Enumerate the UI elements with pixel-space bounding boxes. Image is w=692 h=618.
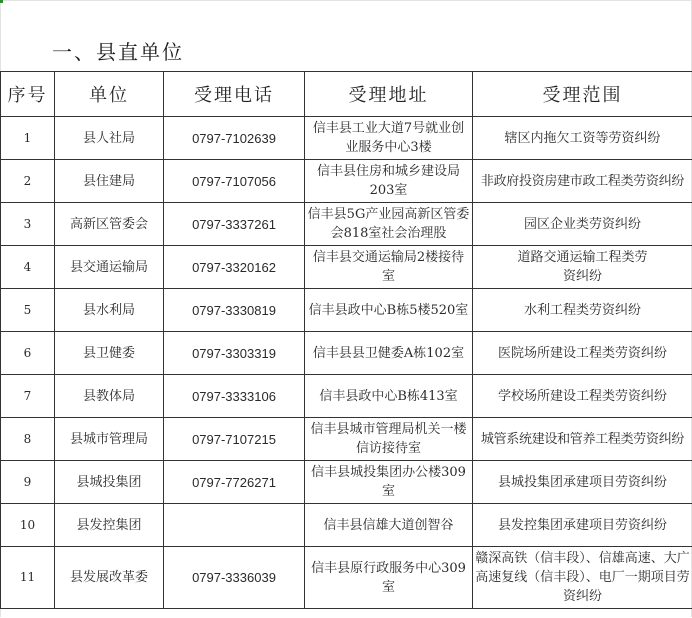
cell-scope: 县城投集团承建项目劳资纠纷 [473, 461, 692, 504]
cell-unit: 县交通运输局 [55, 246, 164, 289]
cell-unit: 高新区管委会 [55, 203, 164, 246]
cell-phone: 0797-3330819 [164, 289, 305, 332]
cell-no: 2 [1, 160, 55, 203]
table-row: 10 县发控集团 信丰县信雄大道创智谷 县发控集团承建项目劳资纠纷 [1, 504, 692, 547]
cell-scope: 医院场所建设工程类劳资纠纷 [473, 332, 692, 375]
cell-no: 10 [1, 504, 55, 547]
cell-scope: 辖区内拖欠工资等劳资纠纷 [473, 117, 692, 160]
table-row: 1 县人社局 0797-7102639 信丰县工业大道7号就业创业服务中心3楼 … [1, 117, 692, 160]
header-no: 序号 [1, 72, 55, 117]
cell-address: 信丰县工业大道7号就业创业服务中心3楼 [305, 117, 473, 160]
cell-phone: 0797-3320162 [164, 246, 305, 289]
cell-no: 7 [1, 375, 55, 418]
table-row: 3 高新区管委会 0797-3337261 信丰县5G产业园高新区管委会818室… [1, 203, 692, 246]
cell-unit: 县水利局 [55, 289, 164, 332]
header-unit: 单位 [55, 72, 164, 117]
cell-scope: 园区企业类劳资纠纷 [473, 203, 692, 246]
cell-scope: 非政府投资房建市政工程类劳资纠纷 [473, 160, 692, 203]
cell-unit: 县教体局 [55, 375, 164, 418]
cell-unit: 县发控集团 [55, 504, 164, 547]
table-row: 5 县水利局 0797-3330819 信丰县政中心B栋5楼520室 水利工程类… [1, 289, 692, 332]
cell-phone: 0797-3303319 [164, 332, 305, 375]
cell-address: 信丰县县卫健委A栋102室 [305, 332, 473, 375]
cell-no: 5 [1, 289, 55, 332]
cell-no: 3 [1, 203, 55, 246]
cell-unit: 县城市管理局 [55, 418, 164, 461]
cell-scope: 学校场所建设工程类劳资纠纷 [473, 375, 692, 418]
cell-unit: 县住建局 [55, 160, 164, 203]
cell-address: 信丰县交通运输局2楼接待室 [305, 246, 473, 289]
table-row: 7 县教体局 0797-3333106 信丰县政中心B栋413室 学校场所建设工… [1, 375, 692, 418]
cell-no: 11 [1, 547, 55, 609]
cell-scope: 县发控集团承建项目劳资纠纷 [473, 504, 692, 547]
cell-address: 信丰县住房和城乡建设局203室 [305, 160, 473, 203]
cell-phone: 0797-7726271 [164, 461, 305, 504]
cell-address: 信丰县城市管理局机关一楼信访接待室 [305, 418, 473, 461]
cell-phone: 0797-7107215 [164, 418, 305, 461]
cell-phone: 0797-7102639 [164, 117, 305, 160]
cell-no: 4 [1, 246, 55, 289]
cell-phone: 0797-7107056 [164, 160, 305, 203]
cell-unit: 县城投集团 [55, 461, 164, 504]
cell-no: 6 [1, 332, 55, 375]
cell-unit: 县人社局 [55, 117, 164, 160]
cell-address: 信丰县城投集团办公楼309室 [305, 461, 473, 504]
cell-unit: 县发展改革委 [55, 547, 164, 609]
table-header-row: 序号 单位 受理电话 受理地址 受理范围 [1, 72, 692, 117]
cell-address: 信丰县政中心B栋413室 [305, 375, 473, 418]
header-scope: 受理范围 [473, 72, 692, 117]
cell-scope: 城管系统建设和管养工程类劳资纠纷 [473, 418, 692, 461]
cell-scope: 道路交通运输工程类劳资纠纷 [473, 246, 692, 289]
cell-no: 1 [1, 117, 55, 160]
table-row: 2 县住建局 0797-7107056 信丰县住房和城乡建设局203室 非政府投… [1, 160, 692, 203]
cell-phone: 0797-3337261 [164, 203, 305, 246]
table-row: 9 县城投集团 0797-7726271 信丰县城投集团办公楼309室 县城投集… [1, 461, 692, 504]
cell-address: 信丰县信雄大道创智谷 [305, 504, 473, 547]
cell-phone [164, 504, 305, 547]
cell-phone: 0797-3336039 [164, 547, 305, 609]
section-title: 一、县直单位 [52, 36, 184, 65]
header-phone: 受理电话 [164, 72, 305, 117]
cell-address: 信丰县政中心B栋5楼520室 [305, 289, 473, 332]
header-address: 受理地址 [305, 72, 473, 117]
contact-table: 序号 单位 受理电话 受理地址 受理范围 1 县人社局 0797-7102639… [0, 71, 692, 609]
table-row: 4 县交通运输局 0797-3320162 信丰县交通运输局2楼接待室 道路交通… [1, 246, 692, 289]
cell-phone: 0797-3333106 [164, 375, 305, 418]
cell-scope: 赣深高铁（信丰段）、信雄高速、大广高速复线（信丰段）、电厂一期项目劳资纠纷 [473, 547, 692, 609]
cell-no: 8 [1, 418, 55, 461]
table-row: 11 县发展改革委 0797-3336039 信丰县原行政服务中心309室 赣深… [1, 547, 692, 609]
cell-address: 信丰县原行政服务中心309室 [305, 547, 473, 609]
cell-address: 信丰县5G产业园高新区管委会818室社会治理股 [305, 203, 473, 246]
cell-unit: 县卫健委 [55, 332, 164, 375]
cell-scope: 水利工程类劳资纠纷 [473, 289, 692, 332]
cell-corner-marker [0, 0, 3, 3]
table-row: 6 县卫健委 0797-3303319 信丰县县卫健委A栋102室 医院场所建设… [1, 332, 692, 375]
table-row: 8 县城市管理局 0797-7107215 信丰县城市管理局机关一楼信访接待室 … [1, 418, 692, 461]
cell-no: 9 [1, 461, 55, 504]
